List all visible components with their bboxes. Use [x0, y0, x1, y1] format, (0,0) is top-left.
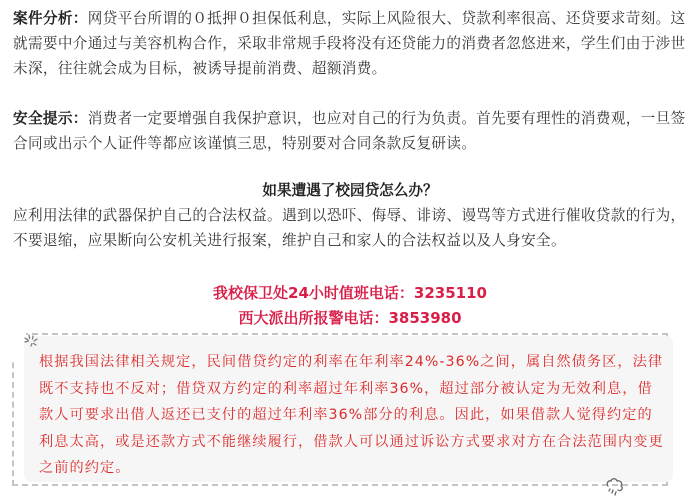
burst-icon — [23, 334, 39, 350]
section-paragraph: 应利用法律的武器保护自己的合法权益。遇到以恐吓、侮辱、诽谤、谩骂等方式进行催收贷… — [13, 203, 693, 253]
case-analysis-text: 网贷平台所谓的０抵押０担保低利息，实际上风险很大、贷款利率很高、还贷要求苛刻。这… — [13, 10, 686, 77]
police-station-hotline: 西大派出所报警电话：3853980 — [0, 306, 700, 331]
notice-text: 根据我国法律相关规定，民间借贷约定的利率在年利率24%-36%之间，属自然债务区… — [39, 349, 665, 482]
case-analysis-paragraph: 案件分析：网贷平台所谓的０抵押０担保低利息，实际上风险很大、贷款利率很高、还贷要… — [13, 6, 693, 81]
case-analysis-label: 案件分析： — [13, 10, 88, 27]
security-office-hotline: 我校保卫处24小时值班电话：3235110 — [0, 281, 700, 306]
section-heading: 如果遭遇了校园贷怎么办？ — [0, 178, 700, 203]
article-page: 案件分析：网贷平台所谓的０抵押０担保低利息，实际上风险很大、贷款利率很高、还贷要… — [0, 0, 700, 504]
cloud-doodle-icon — [604, 478, 626, 498]
safety-tip-paragraph: 安全提示：消费者一定要增强自我保护意识，也应对自己的行为负责。首先要有理性的消费… — [13, 106, 693, 156]
safety-tip-text: 消费者一定要增强自我保护意识，也应对自己的行为负责。首先要有理性的消费观，一旦签… — [13, 110, 686, 152]
safety-tip-label: 安全提示： — [13, 110, 88, 127]
